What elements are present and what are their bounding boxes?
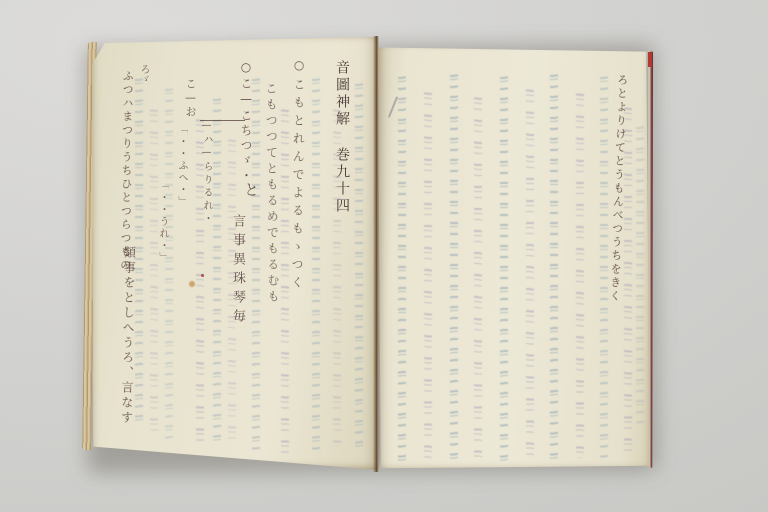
handwritten-column: こもつつてともるめでもるむも [263,82,282,306]
bleedthrough-column [500,74,508,464]
volume-title-column: 音圖神解 巻九十四 [332,60,352,215]
handwritten-column: ○こ—こちつゞ・ [238,60,255,184]
bleedthrough-column [474,94,482,459]
left-page: 音圖神解 巻九十四 ○こもとれんでよるもゝつく こもつつてともるめでもるむも ○… [92,36,378,470]
ink-smudge-spot [189,281,195,287]
handwritten-column: と [241,182,262,197]
right-page: ろとよりけてとうもんべつうちをきく [378,44,650,470]
slash-mark [388,96,398,117]
bleedthrough-column [150,106,158,436]
bleedthrough-column [312,76,320,456]
handwritten-column: —ハ—らりるれ・ [199,120,214,226]
bleedthrough-column [636,124,644,424]
bleedthrough-column [550,72,558,462]
handwritten-column: ○こもとれんでよるもゝつく [289,58,308,294]
handwritten-column: 類事をとしへうろ、言なす [118,246,138,426]
photo-backdrop: 音圖神解 巻九十四 ○こもとれんでよるもゝつく こもつつてともるめでもるむも ○… [0,0,768,512]
bracket-line [200,120,245,121]
handwritten-column: ふつハまつりうちひとつらつもの [117,70,136,273]
cover-red-mark [648,52,652,67]
bleedthrough-column [398,74,406,464]
bleedthrough-column [165,86,173,446]
bleedthrough-column [281,106,289,456]
bleedthrough-column [526,86,534,461]
handwritten-column: 言事異珠琴毎 [228,214,247,328]
handwritten-column: 「・・うれ・」 [155,180,170,264]
bleedthrough-column [213,96,221,446]
bleedthrough-column [355,81,363,451]
bleedthrough-column [576,90,584,458]
cover-edge-right [648,50,653,468]
book-gutter [373,36,379,472]
handwritten-column: こ—お [182,78,198,119]
red-speck [201,274,204,277]
bleedthrough-column [450,72,458,462]
handwritten-column: ろゞ [136,64,151,84]
handwritten-column: 「・・ふへ・」 [174,124,189,208]
bleedthrough-column [424,89,432,459]
